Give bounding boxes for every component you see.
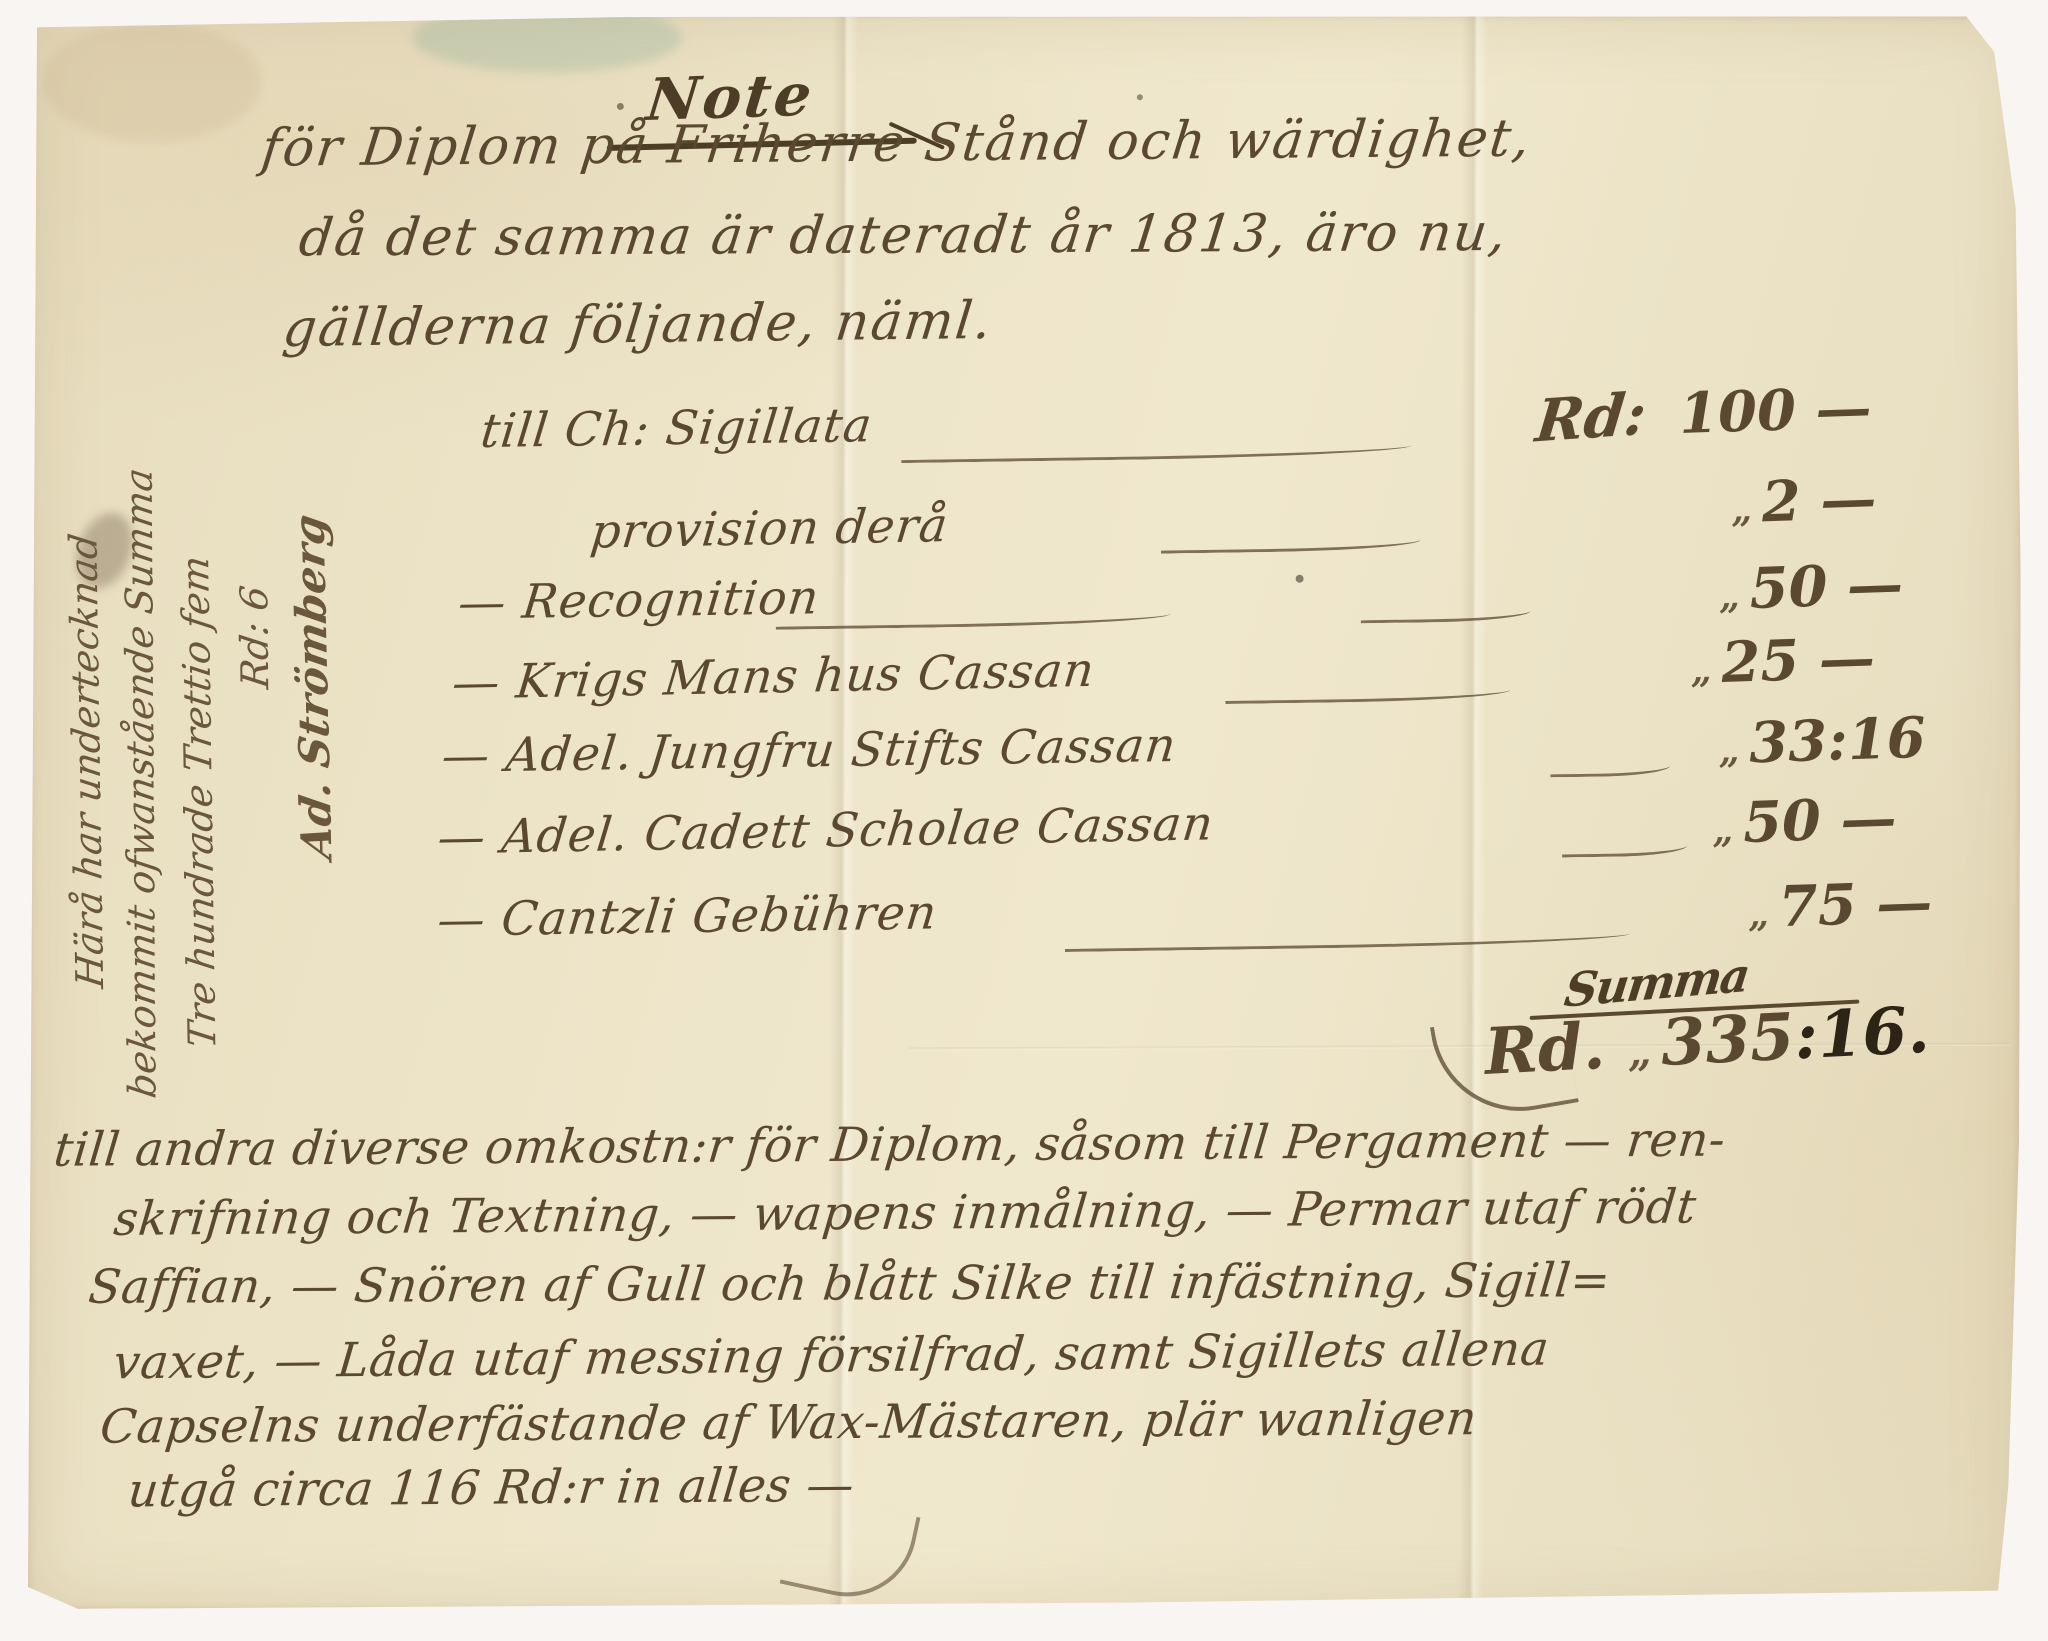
- ledger-item-label: — Recognition: [456, 570, 823, 630]
- amount-tick: „: [1730, 488, 1752, 532]
- leader-line: [775, 599, 1170, 630]
- amount-tick: „: [1690, 648, 1712, 692]
- total-currency: Rd.: [1483, 1009, 1607, 1090]
- ledger-item-label: — Adel. Jungfru Stifts Cassan: [439, 718, 1179, 784]
- amount-value: 100 —: [1678, 375, 1872, 447]
- margin-line: bekommit ofwanstående Summa: [109, 124, 171, 1102]
- amount-tick: „: [1712, 808, 1734, 852]
- leader-line: [1562, 835, 1687, 858]
- amount-tick: „: [1626, 1027, 1652, 1077]
- body-line: Saffian, — Snören af Gull och blått Silk…: [86, 1253, 1613, 1315]
- ledger-item-label: till Ch: Sigillata: [478, 398, 875, 459]
- leader-line: [1360, 598, 1530, 624]
- leader-line: [1161, 525, 1421, 554]
- amount-number: 100 —: [1678, 375, 1872, 447]
- margin-line: Tre hundrade Trettio fem: [161, 124, 231, 1051]
- leader-line: [901, 429, 1411, 464]
- amount-tick: „: [1718, 574, 1740, 618]
- amount-number: 33:16: [1748, 705, 1927, 777]
- speck: [1296, 575, 1304, 583]
- margin-note: Härå har undertecknad bekommit ofwanståe…: [54, 127, 347, 1108]
- speck: [617, 103, 624, 110]
- total-value: 335: [1659, 999, 1796, 1081]
- ledger-item-label: provision derå: [588, 498, 951, 560]
- intro-line: för Diplom på Friherre Stånd och wärdigh…: [258, 109, 1534, 179]
- amount-tick: „: [1718, 729, 1740, 773]
- stain-top-left: [42, 21, 262, 142]
- amount-number: 50 —: [1748, 551, 1903, 622]
- paper-sheet: Note för Diplom på Friherre Stånd och wä…: [28, 11, 2022, 1614]
- margin-line: Härå har undertecknad: [49, 124, 118, 991]
- ledger-item-label: — Cantzli Gebühren: [435, 885, 940, 948]
- closing-flourish: [780, 1492, 921, 1610]
- amount-value: „50 —: [1711, 785, 1897, 857]
- ledger-item-label: — Adel. Cadett Scholae Cassan: [435, 796, 1216, 865]
- amount-value: „33:16: [1717, 705, 1926, 778]
- amount-number: 2 —: [1761, 466, 1878, 536]
- body-line: vaxet, — Låda utaf messing försilfrad, s…: [111, 1322, 1552, 1391]
- ledger-item-label: — Krigs Mans hus Cassan: [450, 643, 1098, 711]
- amount-value: „25 —: [1689, 625, 1875, 697]
- amount-value: „75 —: [1747, 869, 1933, 941]
- stain-green-smudge: [412, 2, 682, 73]
- speck: [1137, 94, 1143, 100]
- amount-number: 50 —: [1742, 785, 1897, 856]
- amount-number: 75 —: [1778, 869, 1933, 940]
- intro-line: då det samma är dateradt år 1813, äro nu…: [296, 203, 1511, 268]
- leader-line: [1550, 755, 1670, 778]
- amount-value: „50 —: [1718, 551, 1904, 623]
- body-line: till andra diverse omkostn:r för Diplom,…: [51, 1113, 1728, 1178]
- margin-signature: Ad. Strömberg: [271, 124, 346, 863]
- total-fraction: :16.: [1792, 993, 1931, 1075]
- body-line: Capselns underfästande af Wax-Mästaren, …: [98, 1391, 1480, 1454]
- scanned-document: Note för Diplom på Friherre Stånd och wä…: [0, 0, 2048, 1641]
- intro-line: gällderna följande, näml.: [280, 291, 996, 359]
- amount-tick: „: [1747, 892, 1769, 936]
- amount-value: „2 —: [1730, 466, 1877, 537]
- leader-line: [1065, 919, 1630, 952]
- currency-prefix: Rd:: [1532, 379, 1649, 455]
- body-line: utgå circa 116 Rd:r in alles —: [126, 1458, 857, 1519]
- amount-number: 25 —: [1720, 625, 1875, 696]
